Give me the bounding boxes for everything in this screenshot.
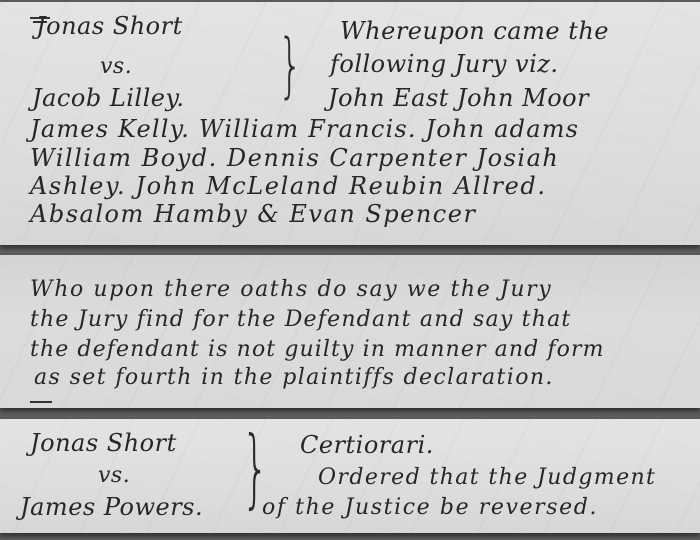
jurors-line-2: William Boyd. Dennis Carpenter Josiah	[30, 144, 559, 172]
case-plaintiff: Jonas Short	[36, 12, 183, 40]
verdict-line-1: Who upon there oaths do say we the Jury	[30, 277, 552, 302]
entry-mark	[30, 401, 52, 403]
case-defendant: James Powers.	[20, 493, 203, 521]
certiorari-title: Certiorari.	[300, 431, 434, 459]
case-plaintiff: Jonas Short	[30, 429, 177, 457]
jury-header-line-1: Whereupon came the	[340, 17, 609, 45]
jurors-line-1: James Kelly. William Francis. John adams	[30, 115, 579, 143]
verdict-line-3: the defendant is not guilty in manner an…	[30, 337, 605, 362]
order-line-1: Ordered that the Judgment	[318, 465, 656, 490]
jurors-line-4: Absalom Hamby & Evan Spencer	[30, 200, 476, 228]
case-vs: vs.	[100, 54, 132, 79]
jury-header-line-2: following Jury viz.	[330, 50, 559, 78]
document-fragment-verdict: Who upon there oaths do say we the Jury …	[0, 255, 700, 408]
jury-header-line-3: John East John Moor	[328, 84, 589, 112]
verdict-line-4: as set fourth in the plaintiffs declarat…	[34, 365, 554, 390]
jurors-line-3: Ashley. John McLeland Reubin Allred.	[30, 172, 547, 200]
document-fragment-jury-list: Jonas Short vs. Jacob Lilley. } Whereupo…	[0, 2, 700, 245]
case-brace: }	[278, 30, 303, 100]
case-defendant: Jacob Lilley.	[32, 84, 184, 112]
case-vs: vs.	[98, 463, 130, 488]
verdict-line-2: the Jury find for the Defendant and say …	[30, 307, 571, 332]
order-line-2: of the Justice be reversed.	[262, 495, 598, 520]
document-fragment-certiorari: Jonas Short vs. James Powers. } Certiora…	[0, 419, 700, 533]
